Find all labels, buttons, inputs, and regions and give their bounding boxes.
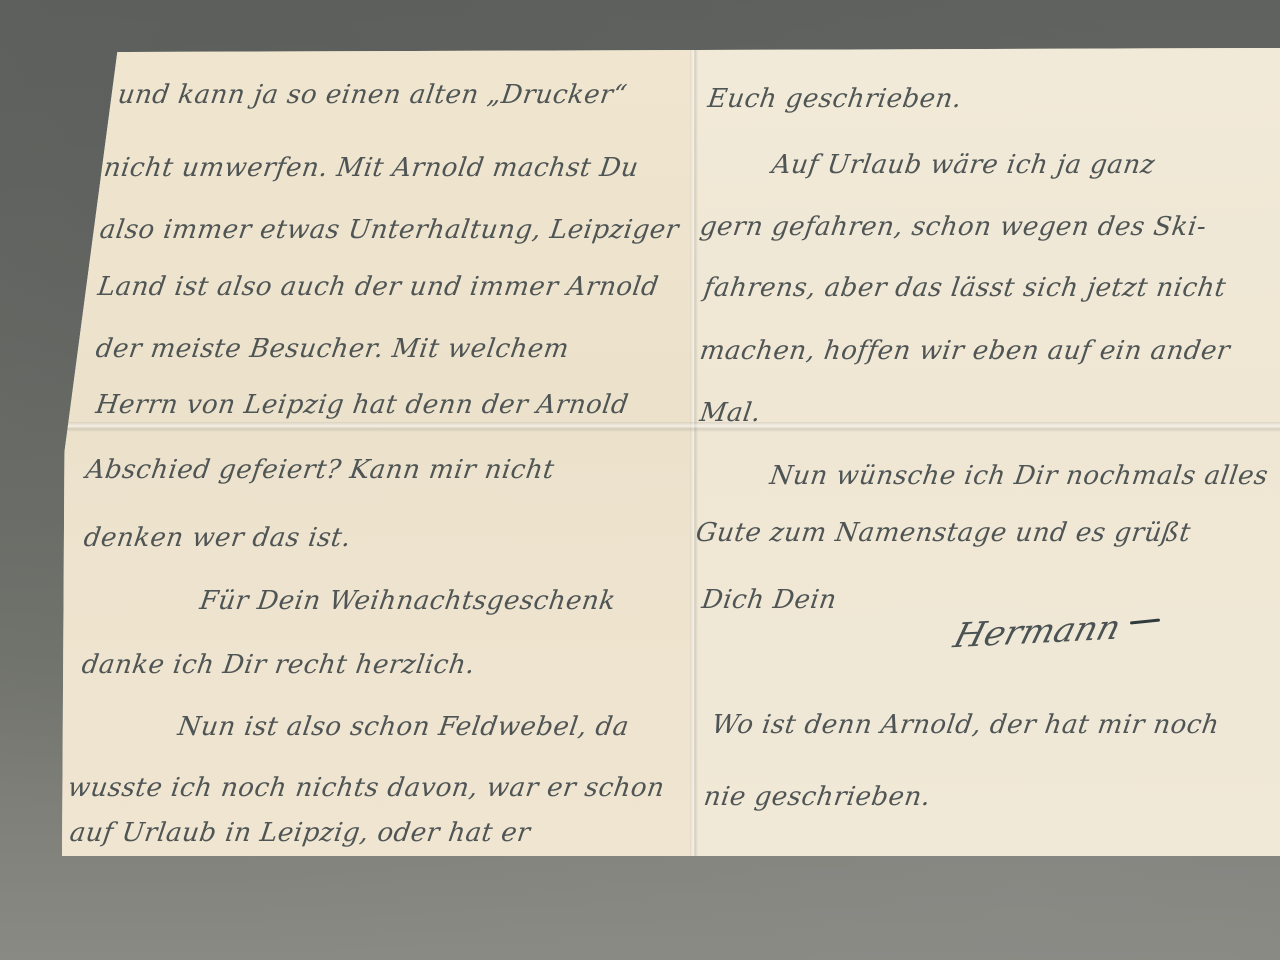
left-line-2: nicht umwerfen. Mit Arnold machst Du bbox=[102, 153, 641, 183]
horizontal-fold-crease bbox=[62, 422, 1280, 432]
left-line-9: Für Dein Weihnachtsgeschenk bbox=[198, 586, 618, 616]
right-line-1: Euch geschrieben. bbox=[706, 84, 964, 114]
right-line-3: gern gefahren, schon wegen des Ski- bbox=[698, 212, 1208, 242]
left-line-8: denken wer das ist. bbox=[82, 523, 353, 553]
left-line-10: danke ich Dir recht herzlich. bbox=[80, 650, 477, 680]
right-line-8: Gute zum Namenstage und es grüßt bbox=[694, 518, 1193, 548]
postscript-line-2: nie geschrieben. bbox=[702, 782, 933, 812]
right-line-6: Mal. bbox=[698, 398, 763, 428]
right-line-5: machen, hoffen wir eben auf ein ander bbox=[698, 336, 1232, 366]
left-line-3: also immer etwas Unterhaltung, Leipziger bbox=[98, 215, 681, 245]
right-line-7: Nun wünsche ich Dir nochmals alles bbox=[768, 461, 1270, 491]
right-line-2: Auf Urlaub wäre ich ja ganz bbox=[770, 150, 1157, 180]
left-line-5: der meiste Besucher. Mit welchem bbox=[94, 334, 571, 364]
left-line-12: wusste ich noch nichts davon, war er sch… bbox=[66, 773, 667, 803]
left-line-1: und kann ja so einen alten „Drucker“ bbox=[116, 80, 629, 110]
right-line-4: fahrens, aber das lässt sich jetzt nicht bbox=[702, 273, 1228, 303]
vertical-fold-crease bbox=[690, 48, 698, 856]
left-line-11: Nun ist also schon Feldwebel, da bbox=[176, 712, 631, 742]
left-line-7: Abschied gefeiert? Kann mir nicht bbox=[84, 455, 556, 485]
right-line-9: Dich Dein bbox=[700, 585, 839, 615]
postscript-line-1: Wo ist denn Arnold, der hat mir noch bbox=[710, 710, 1221, 740]
left-line-4: Land ist also auch der und immer Arnold bbox=[96, 272, 661, 302]
left-line-6: Herrn von Leipzig hat denn der Arnold bbox=[94, 390, 631, 420]
left-line-13: auf Urlaub in Leipzig, oder hat er bbox=[68, 818, 532, 848]
